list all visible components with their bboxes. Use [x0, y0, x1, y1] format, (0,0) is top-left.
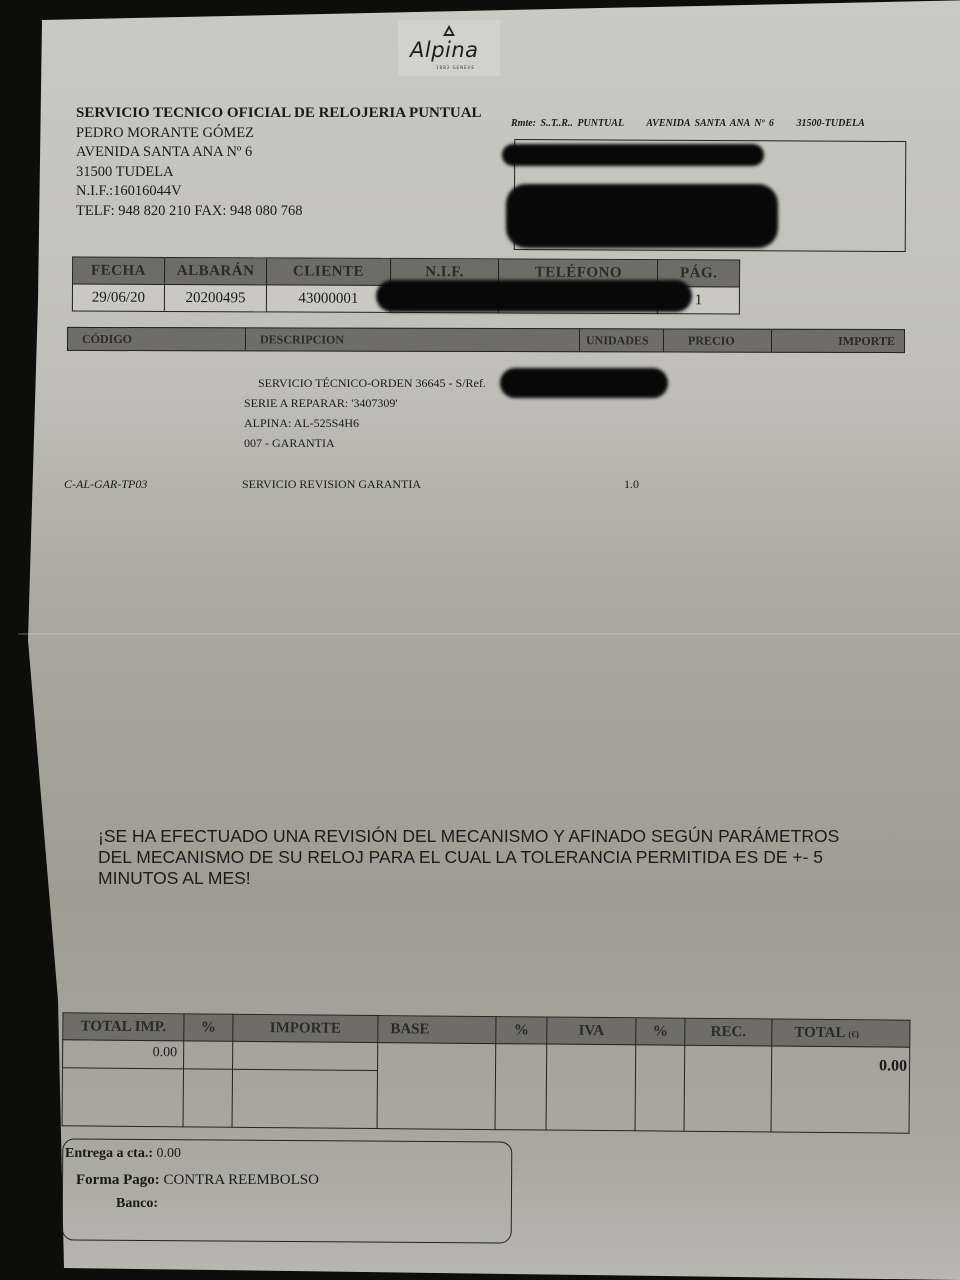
col-pct-3: %	[636, 1018, 685, 1045]
cliente-value: 43000001	[267, 285, 391, 313]
pct-cell	[495, 1044, 547, 1130]
description-line: SERVICIO TÉCNICO-ORDEN 36645 - S/Ref.	[244, 373, 486, 393]
empty-cell	[183, 1069, 233, 1127]
redaction-mark	[502, 144, 764, 166]
total-label: TOTAL	[794, 1024, 844, 1040]
base-cell	[377, 1043, 496, 1130]
brand-tagline: 1883 GENEVE	[436, 65, 475, 70]
rec-cell	[684, 1045, 772, 1132]
col-pct-1: %	[184, 1014, 233, 1041]
col-precio: PRECIO	[664, 329, 772, 351]
issuer-address: AVENIDA SANTA ANA Nº 6	[76, 143, 482, 163]
entrega-row: Entrega a cta.: 0.00	[65, 1146, 181, 1162]
totals-table: TOTAL IMP. % IMPORTE BASE % IVA % REC. T…	[62, 1012, 911, 1133]
item-description: SERVICIO REVISION GARANTIA	[242, 477, 421, 492]
sender-address: AVENIDA SANTA ANA Nº 6	[646, 118, 774, 129]
col-unidades: UNIDADES	[580, 329, 664, 351]
pct-cell	[635, 1045, 685, 1131]
description-line: SERIE A REPARAR: '3407309'	[244, 393, 486, 413]
entrega-label: Entrega a cta.:	[65, 1146, 153, 1161]
issuer-name: PEDRO MORANTE GÓMEZ	[76, 124, 482, 144]
notice-line: ¡SE HA EFECTUADO UNA REVISIÓN DEL MECANI…	[98, 826, 839, 847]
redaction-mark	[376, 280, 692, 312]
banco-label: Banco:	[116, 1196, 158, 1211]
forma-pago-label: Forma Pago:	[76, 1172, 160, 1188]
issuer-nif: N.I.F.:16016044V	[76, 182, 482, 202]
col-importe: IMPORTE	[233, 1014, 378, 1042]
issuer-city: 31500 TUDELA	[76, 163, 482, 183]
sender-line: Rmte: S..T..R.. PUNTUAL AVENIDA SANTA AN…	[511, 118, 883, 129]
iva-cell	[546, 1044, 636, 1131]
issuer-block: SERVICIO TECNICO OFICIAL DE RELOJERIA PU…	[76, 104, 482, 221]
redaction-mark	[500, 368, 668, 398]
col-total-imp: TOTAL IMP.	[63, 1013, 184, 1041]
col-descripcion: DESCRIPCION	[246, 328, 580, 351]
alpina-triangle-icon	[443, 25, 455, 36]
notice-line: DEL MECANISMO DE SU RELOJ PARA EL CUAL L…	[98, 847, 839, 868]
order-description: SERVICIO TÉCNICO-ORDEN 36645 - S/Ref. SE…	[244, 373, 486, 453]
col-base: BASE	[378, 1016, 496, 1044]
currency-label: (€)	[848, 1029, 859, 1039]
empty-cell	[232, 1069, 378, 1128]
col-iva: IVA	[547, 1017, 636, 1045]
description-line: ALPINA: AL-525S4H6	[244, 413, 486, 433]
banco-row: Banco:	[116, 1196, 158, 1212]
col-rec: REC.	[685, 1018, 772, 1046]
description-line: 007 - GARANTIA	[244, 433, 486, 453]
paper-fold	[18, 633, 960, 635]
total-imp-value: 0.00	[63, 1040, 184, 1069]
fecha-value: 29/06/20	[72, 284, 164, 311]
notice-line: MINUTOS AL MES!	[98, 868, 839, 889]
col-albaran: ALBARÁN	[164, 257, 266, 284]
grand-total-value: 0.00	[771, 1046, 910, 1133]
brand-logo: Alpina 1883 GENEVE	[398, 20, 500, 76]
empty-cell	[62, 1068, 184, 1127]
service-notice: ¡SE HA EFECTUADO UNA REVISIÓN DEL MECANI…	[98, 826, 839, 889]
forma-pago-row: Forma Pago: CONTRA REEMBOLSO	[76, 1172, 319, 1189]
col-importe: IMPORTE	[772, 330, 901, 352]
pct-cell	[184, 1041, 233, 1069]
issuer-title: SERVICIO TECNICO OFICIAL DE RELOJERIA PU…	[76, 104, 482, 124]
item-code: C-AL-GAR-TP03	[64, 477, 147, 492]
item-units: 1.0	[624, 477, 639, 492]
issuer-phone: TELF: 948 820 210 FAX: 948 080 768	[76, 202, 482, 222]
col-cliente: CLIENTE	[267, 258, 391, 286]
brand-name: Alpina	[410, 38, 479, 62]
redaction-mark	[506, 184, 778, 248]
entrega-value: 0.00	[157, 1146, 182, 1161]
lines-table-header: CÓDIGO DESCRIPCION UNIDADES PRECIO IMPOR…	[67, 327, 905, 353]
col-total: TOTAL (€)	[772, 1019, 910, 1047]
albaran-value: 20200495	[164, 284, 266, 311]
col-fecha: FECHA	[73, 257, 165, 284]
sender-label: Rmte: S..T..R.. PUNTUAL	[511, 118, 624, 129]
forma-pago-value: CONTRA REEMBOLSO	[163, 1172, 318, 1188]
col-codigo: CÓDIGO	[68, 328, 246, 350]
importe-cell	[233, 1041, 378, 1070]
sender-city: 31500-TUDELA	[796, 118, 864, 129]
col-pct-2: %	[496, 1017, 547, 1044]
